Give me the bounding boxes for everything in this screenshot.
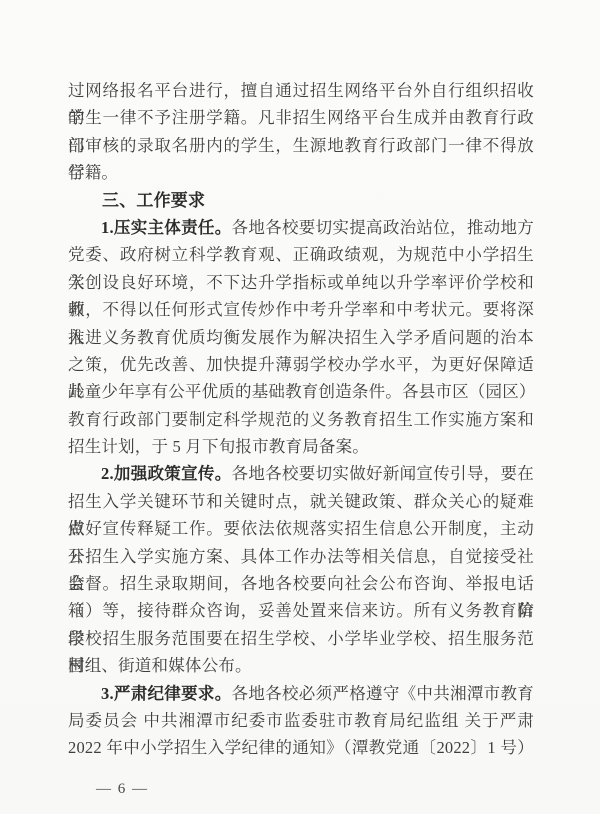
line-text: 局委员会 中共湘潭市纪委市监委驻市教育局纪监组 关于严肃 <box>68 711 534 730</box>
text-line: 学校招生服务范围要在招生学校、小学毕业学校、招生服务范围 <box>68 625 534 652</box>
text-line: 箱）等，接待群众咨询，妥善处置来信来访。所有义务教育阶段 <box>68 597 534 624</box>
scanned-document-page: 过网络报名平台进行，擅自通过招生网络平台外自行组织招收的学生一律不予注册学籍。凡… <box>0 0 600 814</box>
text-line: 党委、政府树立科学教育观、正确政绩观，为规范中小学招生入 <box>68 241 534 268</box>
page-number: — 6 — <box>96 781 149 798</box>
text-line: 推进义务教育优质均衡发展作为解决招生入学矛盾问题的治本 <box>68 324 534 351</box>
text-line: 儿童少年享有公平优质的基础教育创造条件。各县市区（园区） <box>68 378 534 405</box>
text-line: 村组、街道和媒体公布。 <box>68 652 534 679</box>
line-text: 各地各校必须严格遵守《中共湘潭市教育 <box>232 684 534 703</box>
text-line: 师，不得以任何形式宣传炒作中考升学率和中考状元。要将深入 <box>68 296 534 323</box>
text-line: 监督。招生录取期间，各地各校要向社会公布咨询、举报电话（信 <box>68 570 534 597</box>
text-line: 2.加强政策宣传。各地各校要切实做好新闻宣传引导，要在 <box>68 460 534 487</box>
text-line: 做好宣传释疑工作。要依法依规落实招生信息公开制度，主动公 <box>68 515 534 542</box>
text-line: 门审核的录取名册内的学生，生源地教育行政部门一律不得放行 <box>68 132 534 159</box>
line-bold-text: 2.加强政策宣传。 <box>101 464 232 483</box>
text-line: 招生计划，于 5 月下旬报市教育局备案。 <box>68 433 534 460</box>
line-text: 学籍。 <box>68 163 118 182</box>
text-line: 三、工作要求 <box>68 187 534 214</box>
line-text: 儿童少年享有公平优质的基础教育创造条件。各县市区（园区） <box>68 382 536 401</box>
line-text: 村组、街道和媒体公布。 <box>68 656 252 675</box>
line-text: 各地各校要切实做好新闻宣传引导，要在 <box>232 464 534 483</box>
line-text: 教育行政部门要制定科学规范的义务教育招生工作实施方案和 <box>68 410 534 429</box>
text-line: 过网络报名平台进行，擅自通过招生网络平台外自行组织招收的 <box>68 77 534 104</box>
text-line: 招生入学关键环节和关键时点，就关键政策、群众关心的疑难点 <box>68 488 534 515</box>
text-line: 3.严肃纪律要求。各地各校必须严格遵守《中共湘潭市教育 <box>68 680 534 707</box>
text-line: 开招生入学实施方案、具体工作办法等相关信息，自觉接受社会 <box>68 543 534 570</box>
line-text: 三、工作要求 <box>102 191 205 210</box>
line-text: 2022 年中小学招生入学纪律的通知》（潭教党通〔2022〕1 号） <box>68 738 534 757</box>
line-text: 招生计划，于 5 月下旬报市教育局备案。 <box>68 437 369 456</box>
text-line: 局委员会 中共湘潭市纪委市监委驻市教育局纪监组 关于严肃 <box>68 707 534 734</box>
line-bold-text: 3.严肃纪律要求。 <box>101 684 232 703</box>
line-text: 各地各校要切实提高政治站位，推动地方 <box>232 218 534 237</box>
text-line: 学籍。 <box>68 159 534 186</box>
text-line: 1.压实主体责任。各地各校要切实提高政治站位，推动地方 <box>68 214 534 241</box>
text-line: 之策，优先改善、加快提升薄弱学校办学水平，为更好保障适龄 <box>68 351 534 378</box>
text-line: 教育行政部门要制定科学规范的义务教育招生工作实施方案和 <box>68 406 534 433</box>
text-line: 学创设良好环境，不下达升学指标或单纯以升学率评价学校和教 <box>68 269 534 296</box>
text-line: 2022 年中小学招生入学纪律的通知》（潭教党通〔2022〕1 号） <box>68 734 534 761</box>
line-bold-text: 1.压实主体责任。 <box>101 218 232 237</box>
line-text: 推进义务教育优质均衡发展作为解决招生入学矛盾问题的治本 <box>68 328 534 347</box>
document-body: 过网络报名平台进行，擅自通过招生网络平台外自行组织招收的学生一律不予注册学籍。凡… <box>68 77 534 762</box>
text-line: 学生一律不予注册学籍。凡非招生网络平台生成并由教育行政部 <box>68 104 534 131</box>
